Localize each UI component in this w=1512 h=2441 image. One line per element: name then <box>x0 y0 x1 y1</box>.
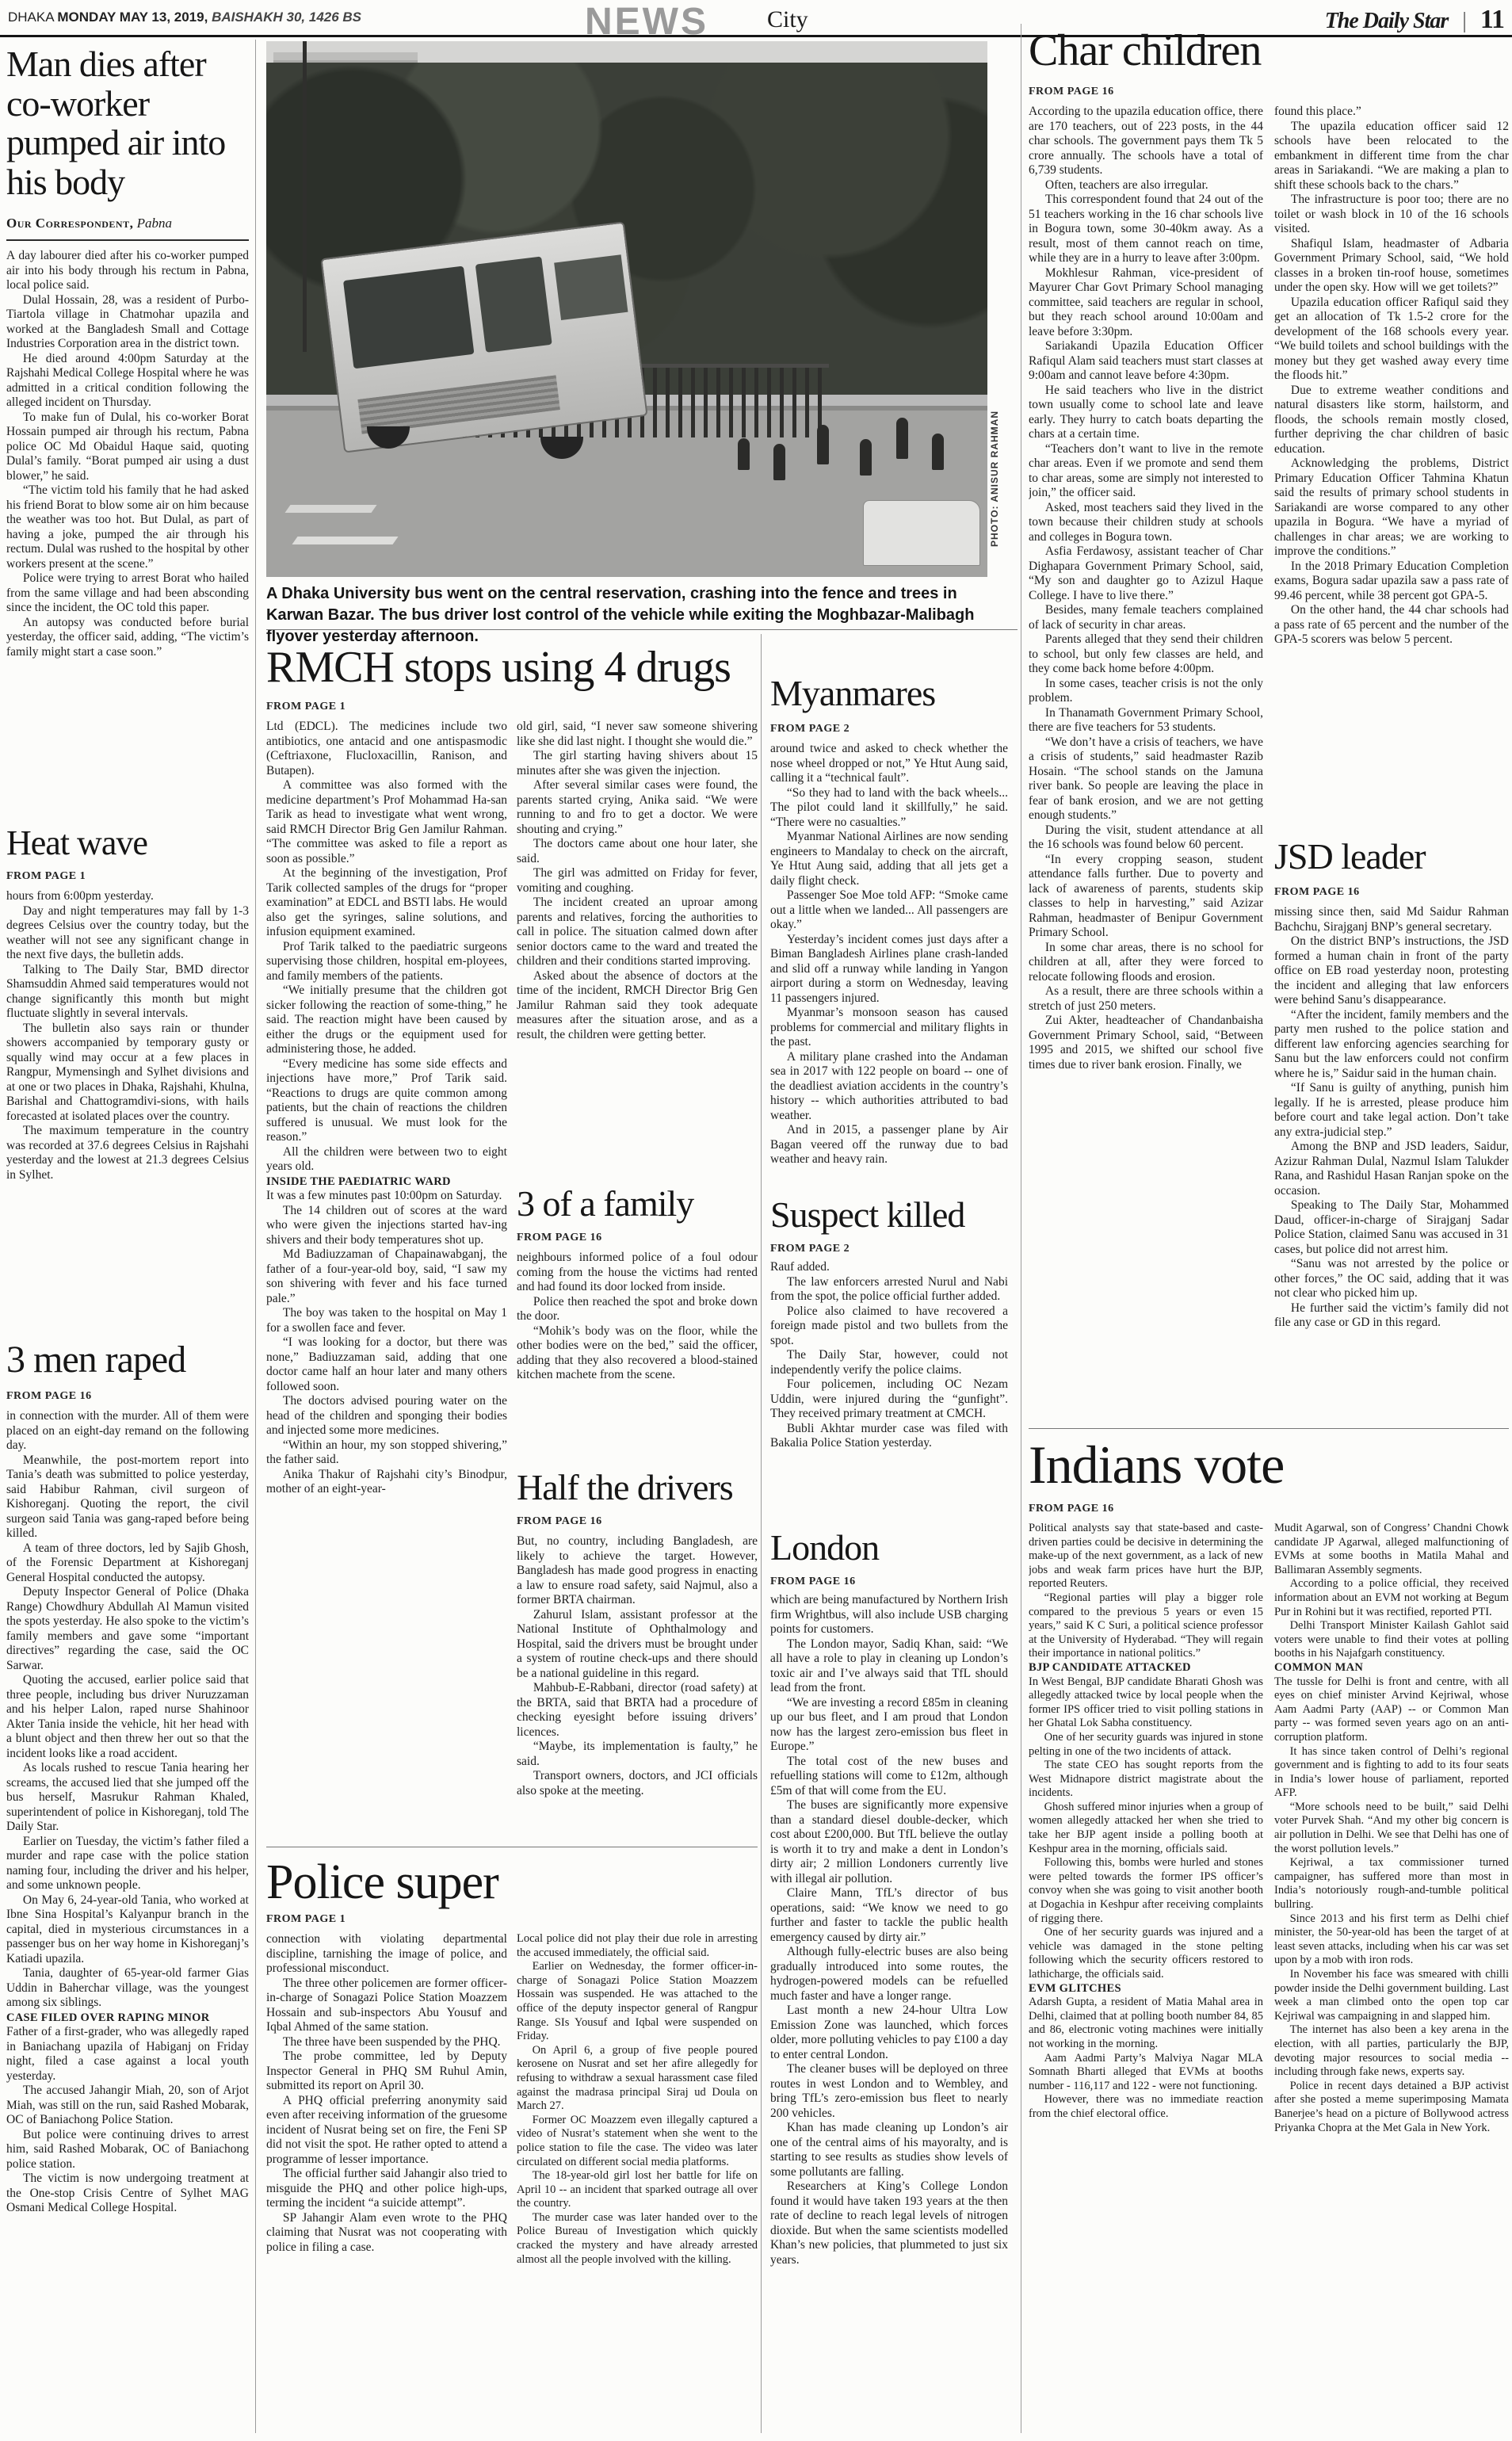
photo-bystander <box>860 439 872 476</box>
paragraph: Last month a new 24-hour Ultra Low Emiss… <box>770 2004 1008 2062</box>
paragraph: Delhi Transport Minister Kailash Gahlot … <box>1274 1619 1509 1661</box>
paragraph: “Every medicine has some side effects an… <box>266 1057 507 1145</box>
paragraph: A team of three doctors, led by Sajib Gh… <box>6 1541 249 1586</box>
char-children-headline: Char children <box>1029 27 1509 74</box>
paragraph: Tania, daughter of 65-year-old farmer Gi… <box>6 1966 249 2011</box>
paragraph: hours from 6:00pm yesterday. <box>6 889 249 904</box>
paragraph: “Maybe, its implementation is faulty,” h… <box>517 1740 758 1769</box>
paragraph: “Mohik’s body was on the floor, while th… <box>517 1324 758 1383</box>
paragraph: Mudit Agarwal, son of Congress’ Chandni … <box>1274 1522 1509 1577</box>
paragraph: The doctors advised pouring water on the… <box>266 1394 507 1438</box>
paragraph: Zahurul Islam, assistant professor at th… <box>517 1608 758 1682</box>
suspect-killed-body: Rauf added.The law enforcers arrested Nu… <box>770 1260 1008 1522</box>
paragraph: The London mayor, Sadiq Khan, said: “We … <box>770 1637 1008 1696</box>
paragraph: The incident created an uproar among par… <box>517 896 758 969</box>
paragraph: Earlier on Wednesday, the former officer… <box>517 1960 758 2044</box>
column-divider <box>761 634 762 2433</box>
paragraph: A day labourer died after his co-worker … <box>6 249 249 293</box>
paragraph: Ltd (EDCL). The medicines include two an… <box>266 720 507 778</box>
myanmares-headline: Myanmares <box>770 674 1008 713</box>
paragraph: Quoting the accused, earlier police said… <box>6 1673 249 1761</box>
paragraph: Yesterday’s incident comes just days aft… <box>770 933 1008 1007</box>
paragraph: Deputy Inspector General of Police (Dhak… <box>6 1585 249 1673</box>
suspect-killed-headline: Suspect killed <box>770 1195 1008 1235</box>
jsd-leader-headline: JSD leader <box>1274 837 1509 877</box>
paragraph: The victim is now undergoing treatment a… <box>6 2172 249 2216</box>
paragraph: But police were continuing drives to arr… <box>6 2128 249 2172</box>
paragraph: The boy was taken to the hospital on May… <box>266 1306 507 1335</box>
paragraph: Following this, bombs were hurled and st… <box>1029 1856 1263 1926</box>
police-super-headline: Police super <box>266 1856 758 1909</box>
paragraph: The girl was admitted on Friday for feve… <box>517 866 758 896</box>
paragraph: The law enforcers arrested Nurul and Nab… <box>770 1275 1008 1305</box>
paragraph: The accused Jahangir Miah, 20, son of Ar… <box>6 2084 249 2128</box>
paragraph: He said teachers who live in the distric… <box>1029 384 1263 442</box>
paragraph: The upazila education officer said 12 sc… <box>1274 120 1509 193</box>
paragraph: Shafiqul Islam, headmaster of Adbaria Go… <box>1274 237 1509 296</box>
paragraph: The cleaner buses will be deployed on th… <box>770 2062 1008 2121</box>
three-men-headline: 3 men raped <box>6 1339 249 1381</box>
paragraph: According to a police official, they rec… <box>1274 1577 1509 1619</box>
rmch-headline: RMCH stops using 4 drugs <box>266 644 758 691</box>
paragraph: He died around 4:00pm Saturday at the Ra… <box>6 352 249 411</box>
paragraph: Transport owners, doctors, and JCI offic… <box>517 1769 758 1798</box>
paragraph: A PHQ official preferring anonymity said… <box>266 2094 507 2168</box>
indians-vote-headline: Indians vote <box>1029 1436 1509 1494</box>
paragraph: Prof Tarik talked to the paediatric surg… <box>266 940 507 984</box>
paragraph: Although fully-electric buses are also b… <box>770 1945 1008 2004</box>
char-children-frompage: FROM PAGE 16 <box>1029 86 1114 98</box>
paragraph: “The victim told his family that he had … <box>6 483 249 571</box>
paragraph: around twice and asked to check whether … <box>770 742 1008 786</box>
paragraph: And in 2015, a passenger plane by Air Ba… <box>770 1123 1008 1167</box>
paragraph: Asked, most teachers said they lived in … <box>1029 501 1263 545</box>
newspaper-page: DHAKA MONDAY MAY 13, 2019, BAISHAKH 30, … <box>0 0 1512 2441</box>
paragraph: It has since taken control of Delhi’s re… <box>1274 1745 1509 1801</box>
news-photo <box>266 41 987 577</box>
three-men-body: in connection with the murder. All of th… <box>6 1409 249 2431</box>
paragraph: Researchers at King’s College London fou… <box>770 2179 1008 2267</box>
paragraph: A committee was also formed with the med… <box>266 778 507 866</box>
paragraph: Dulal Hossain, 28, was a resident of Pur… <box>6 293 249 352</box>
paragraph: which are being manufactured by Northern… <box>770 1593 1008 1637</box>
heat-wave-body: hours from 6:00pm yesterday.Day and nigh… <box>6 889 249 1335</box>
photo-road-marking <box>292 537 399 544</box>
paragraph: The infrastructure is poor too; there ar… <box>1274 193 1509 237</box>
byline-name: Our Correspondent, <box>6 216 133 231</box>
paragraph: Since 2013 and his first term as Delhi c… <box>1274 1912 1509 1968</box>
paragraph: On the other hand, the 44 char schools h… <box>1274 603 1509 647</box>
jsd-leader-frompage: FROM PAGE 16 <box>1274 886 1360 899</box>
paragraph: In the 2018 Primary Education Completion… <box>1274 560 1509 604</box>
three-family-body: neighbours informed police of a foul odo… <box>517 1251 758 1463</box>
photo-road-marking <box>285 505 377 513</box>
paragraph: found this place.” <box>1274 105 1509 120</box>
paragraph: missing since then, said Md Saidur Rahma… <box>1274 905 1509 934</box>
paragraph: As locals rushed to rescue Tania hearing… <box>6 1761 249 1835</box>
paragraph: Kejriwal, a tax commissioner turned camp… <box>1274 1856 1509 1912</box>
paragraph: The probe committee, led by Deputy Inspe… <box>266 2049 507 2094</box>
indians-vote-body-col1: Political analysts say that state-based … <box>1029 1522 1263 2431</box>
paragraph: Police then reached the spot and broke d… <box>517 1295 758 1324</box>
paragraph: “We don’t have a crisis of teachers, we … <box>1029 735 1263 823</box>
bus-windshield <box>343 266 474 369</box>
paragraph: old girl, said, “I never saw someone shi… <box>517 720 758 749</box>
paragraph: On April 6, a group of five people poure… <box>517 2044 758 2114</box>
photo-bystander <box>817 425 829 464</box>
paragraph: The Daily Star, however, could not indep… <box>770 1348 1008 1377</box>
paragraph: The doctors came about one hour later, s… <box>517 837 758 866</box>
dateline: DHAKA MONDAY MAY 13, 2019, BAISHAKH 30, … <box>8 10 361 25</box>
london-headline: London <box>770 1528 1008 1568</box>
paragraph: Parents alleged that they send their chi… <box>1029 632 1263 677</box>
paragraph: On the district BNP’s instructions, the … <box>1274 934 1509 1008</box>
paragraph: The three other policemen are former off… <box>266 1977 507 2035</box>
paragraph: As a result, there are three schools wit… <box>1029 984 1263 1014</box>
paragraph: The bulletin also says rain or thunder s… <box>6 1022 249 1125</box>
paragraph: “More schools need to be built,” said De… <box>1274 1801 1509 1856</box>
paragraph: Often, teachers are also irregular. <box>1029 178 1263 193</box>
paragraph: On May 6, 24-year-old Tania, who worked … <box>6 1893 249 1967</box>
paragraph: All the children were between two to eig… <box>266 1145 507 1175</box>
paragraph: A military plane crashed into the Andama… <box>770 1050 1008 1124</box>
paragraph: An autopsy was conducted before burial y… <box>6 616 249 660</box>
byline-rule <box>6 239 249 241</box>
photo-bystander <box>773 444 785 480</box>
paragraph: Anika Thakur of Rajshahi city’s Binodpur… <box>266 1468 507 1497</box>
paragraph: After several similar cases were found, … <box>517 778 758 837</box>
suspect-killed-frompage: FROM PAGE 2 <box>770 1243 850 1255</box>
police-super-body-col1: connection with violating departmental d… <box>266 1932 507 2431</box>
bus-grille <box>357 376 560 434</box>
half-drivers-frompage: FROM PAGE 16 <box>517 1515 602 1528</box>
paragraph: Among the BNP and JSD leaders, Saidur, A… <box>1274 1140 1509 1198</box>
column-divider <box>255 40 256 2433</box>
paragraph: This correspondent found that 24 out of … <box>1029 193 1263 266</box>
paragraph: Asfia Ferdawosy, assistant teacher of Ch… <box>1029 544 1263 603</box>
paragraph: According to the upazila education offic… <box>1029 105 1263 178</box>
paragraph: Day and night temperatures may fall by 1… <box>6 904 249 963</box>
paragraph: In some cases, teacher crisis is not the… <box>1029 677 1263 706</box>
paragraph: connection with violating departmental d… <box>266 1932 507 1977</box>
column-divider <box>1021 24 1021 2433</box>
subsection-title: City <box>767 6 808 33</box>
paragraph: “Teachers don’t want to live in the remo… <box>1029 442 1263 501</box>
paragraph: Earlier on Tuesday, the victim’s father … <box>6 1835 249 1893</box>
paragraph: Upazila education officer Rafiqul said t… <box>1274 296 1509 384</box>
body-subhead: CASE FILED OVER RAPING MINOR <box>6 2011 249 2026</box>
rmch-body-col1: Ltd (EDCL). The medicines include two an… <box>266 720 507 1839</box>
paragraph: Local police did not play their due role… <box>517 1932 758 1960</box>
man-dies-body: A day labourer died after his co-worker … <box>6 249 249 818</box>
paragraph: The official further said Jahangir also … <box>266 2167 507 2211</box>
paragraph: In some char areas, there is no school f… <box>1029 941 1263 985</box>
police-super-frompage: FROM PAGE 1 <box>266 1913 346 1926</box>
body-subhead: COMMON MAN <box>1274 1661 1509 1675</box>
paragraph: Aam Aadmi Party’s Malviya Nagar MLA Somn… <box>1029 2052 1263 2094</box>
london-frompage: FROM PAGE 16 <box>770 1576 856 1588</box>
caption-rule <box>266 629 1018 630</box>
paragraph: Myanmar National Airlines are now sendin… <box>770 830 1008 888</box>
half-drivers-body: But, no country, including Bangladesh, a… <box>517 1534 758 1842</box>
paragraph: Sariakandi Upazila Education Officer Raf… <box>1029 339 1263 384</box>
paragraph: “Within an hour, my son stopped shiverin… <box>266 1438 507 1468</box>
paragraph: Bubli Akhtar murder case was filed with … <box>770 1422 1008 1451</box>
paragraph: Besides, many female teachers complained… <box>1029 603 1263 632</box>
paragraph: The maximum temperature in the country w… <box>6 1124 249 1182</box>
photo-bystander <box>738 438 750 470</box>
paragraph: The state CEO has sought reports from th… <box>1029 1759 1263 1801</box>
paragraph: Mokhlesur Rahman, vice-president of Mayu… <box>1029 266 1263 340</box>
paragraph: The 18-year-old girl lost her battle for… <box>517 2169 758 2211</box>
paragraph: Talking to The Daily Star, BMD director … <box>6 963 249 1022</box>
paragraph: Police in recent days detained a BJP act… <box>1274 2080 1509 2135</box>
paragraph: Asked about the absence of doctors at th… <box>517 969 758 1043</box>
dateline-bs-date: BAISHAKH 30, 1426 BS <box>212 10 361 25</box>
police-super-rule <box>266 1847 758 1847</box>
paragraph: Zui Akter, headteacher of Chandanbaisha … <box>1029 1014 1263 1072</box>
paragraph: “We initially presume that the children … <box>266 984 507 1057</box>
police-super-body-col2: Local police did not play their due role… <box>517 1932 758 2431</box>
paragraph: But, no country, including Bangladesh, a… <box>517 1534 758 1608</box>
paragraph: Mahbub-E-Rabbani, director (road safety)… <box>517 1681 758 1740</box>
paragraph: Speaking to The Daily Star, Mohammed Dau… <box>1274 1198 1509 1257</box>
paragraph: The tussle for Delhi is front and centre… <box>1274 1675 1509 1745</box>
photo-bystander <box>896 418 908 459</box>
char-children-body-col1: According to the upazila education offic… <box>1029 105 1263 1422</box>
man-dies-headline: Man dies after co-worker pumped air into… <box>6 44 249 202</box>
paragraph: Claire Mann, TfL’s director of bus opera… <box>770 1886 1008 1945</box>
paragraph: The total cost of the new buses and refu… <box>770 1755 1008 1799</box>
paragraph: “Sanu was not arrested by the police or … <box>1274 1257 1509 1301</box>
paragraph: “If Sanu is guilty of anything, punish h… <box>1274 1081 1509 1140</box>
paragraph: Ghosh suffered minor injuries when a gro… <box>1029 1801 1263 1856</box>
rmch-frompage: FROM PAGE 1 <box>266 701 346 713</box>
paragraph: “I was looking for a doctor, but there w… <box>266 1335 507 1394</box>
paragraph: One of her security guards was injured a… <box>1029 1926 1263 1981</box>
myanmares-body: around twice and asked to check whether … <box>770 742 1008 1189</box>
paragraph: Political analysts say that state-based … <box>1029 1522 1263 1591</box>
paragraph: Police were trying to arrest Borat who h… <box>6 571 249 616</box>
paragraph: Adarsh Gupta, a resident of Matia Mahal … <box>1029 1996 1263 2051</box>
paragraph: At the beginning of the investigation, P… <box>266 866 507 940</box>
paragraph: Due to extreme weather conditions and na… <box>1274 384 1509 457</box>
photo-parked-car <box>863 500 980 566</box>
paragraph: neighbours informed police of a foul odo… <box>517 1251 758 1295</box>
paragraph: Four policemen, including OC Nezam Uddin… <box>770 1377 1008 1422</box>
paragraph: The girl starting having shivers about 1… <box>517 749 758 778</box>
photo-crashed-bus <box>320 221 647 453</box>
bus-side-window <box>555 254 628 320</box>
paragraph: Myanmar’s monsoon season has caused prob… <box>770 1006 1008 1050</box>
paragraph: Father of a first-grader, who was allege… <box>6 2025 249 2084</box>
paragraph: The murder case was later handed over to… <box>517 2211 758 2267</box>
heat-wave-headline: Heat wave <box>6 824 249 862</box>
heat-wave-frompage: FROM PAGE 1 <box>6 870 86 883</box>
paragraph: Acknowledging the problems, District Pri… <box>1274 456 1509 560</box>
paragraph: He further said the victim’s family did … <box>1274 1301 1509 1331</box>
paragraph: in connection with the murder. All of th… <box>6 1409 249 1454</box>
photo-caption: A Dhaka University bus went on the centr… <box>266 583 989 647</box>
photo-lamp-pole <box>303 41 307 352</box>
paragraph: “After the incident, family members and … <box>1274 1008 1509 1082</box>
paragraph: “So they had to land with the back wheel… <box>770 786 1008 831</box>
paragraph: In November his face was smeared with ch… <box>1274 1968 1509 2023</box>
paragraph: In West Bengal, BJP candidate Bharati Gh… <box>1029 1675 1263 1731</box>
indians-vote-body-col2: Mudit Agarwal, son of Congress’ Chandni … <box>1274 1522 1509 2431</box>
paragraph: It was a few minutes past 10:00pm on Sat… <box>266 1189 507 1204</box>
paragraph: The three have been suspended by the PHQ… <box>266 2035 507 2050</box>
paragraph: To make fun of Dulal, his co-worker Bora… <box>6 411 249 484</box>
photo-bystander <box>932 434 944 470</box>
paragraph: The buses are significantly more expensi… <box>770 1798 1008 1886</box>
body-subhead: EVM GLITCHES <box>1029 1982 1263 1996</box>
paragraph: Meanwhile, the post-mortem report into T… <box>6 1454 249 1541</box>
body-subhead: BJP CANDIDATE ATTACKED <box>1029 1661 1263 1675</box>
paragraph: Former OC Moazzem even illegally capture… <box>517 2114 758 2169</box>
man-dies-byline: Our Correspondent, Pabna <box>6 216 249 231</box>
char-children-body-col2: found this place.”The upazila education … <box>1274 105 1509 832</box>
paragraph: In Thanamath Government Primary School, … <box>1029 706 1263 735</box>
paragraph: However, there was no immediate reaction… <box>1029 2093 1263 2121</box>
paragraph: “We are investing a record £85m in clean… <box>770 1696 1008 1755</box>
photo-credit: PHOTO: ANISUR RAHMAN <box>989 262 1005 547</box>
paragraph: The internet has also been a key arena i… <box>1274 2023 1509 2079</box>
paragraph: One of her security guards was injured i… <box>1029 1731 1263 1759</box>
body-subhead: INSIDE THE PAEDIATRIC WARD <box>266 1175 507 1190</box>
three-family-frompage: FROM PAGE 16 <box>517 1232 602 1244</box>
indians-vote-frompage: FROM PAGE 16 <box>1029 1503 1114 1515</box>
half-drivers-headline: Half the drivers <box>517 1468 758 1507</box>
bus-windshield <box>475 257 552 353</box>
paragraph: “Regional parties will play a bigger rol… <box>1029 1591 1263 1661</box>
paragraph: Rauf added. <box>770 1260 1008 1275</box>
three-men-frompage: FROM PAGE 16 <box>6 1390 92 1403</box>
rmch-body-col2: old girl, said, “I never saw someone shi… <box>517 720 758 1179</box>
paragraph: SP Jahangir Alam even wrote to the PHQ c… <box>266 2211 507 2256</box>
paragraph: Passenger Soe Moe told AFP: “Smoke came … <box>770 888 1008 933</box>
jsd-leader-body: missing since then, said Md Saidur Rahma… <box>1274 905 1509 1422</box>
paragraph: During the visit, student attendance at … <box>1029 823 1263 853</box>
dateline-city: DHAKA <box>8 10 54 25</box>
paragraph: “In every cropping season, student atten… <box>1029 853 1263 941</box>
paragraph: The 14 children out of scores at the war… <box>266 1204 507 1248</box>
london-body: which are being manufactured by Northern… <box>770 1593 1008 2431</box>
indians-vote-rule <box>1029 1428 1509 1429</box>
three-family-headline: 3 of a family <box>517 1184 758 1224</box>
dateline-date: MONDAY MAY 13, 2019, <box>57 10 208 25</box>
byline-place: Pabna <box>137 216 172 231</box>
paragraph: Khan has made cleaning up London’s air o… <box>770 2121 1008 2179</box>
paragraph: Md Badiuzzaman of Chapainawabganj, the f… <box>266 1247 507 1306</box>
myanmares-frompage: FROM PAGE 2 <box>770 723 850 735</box>
paragraph: Police also claimed to have recovered a … <box>770 1305 1008 1349</box>
